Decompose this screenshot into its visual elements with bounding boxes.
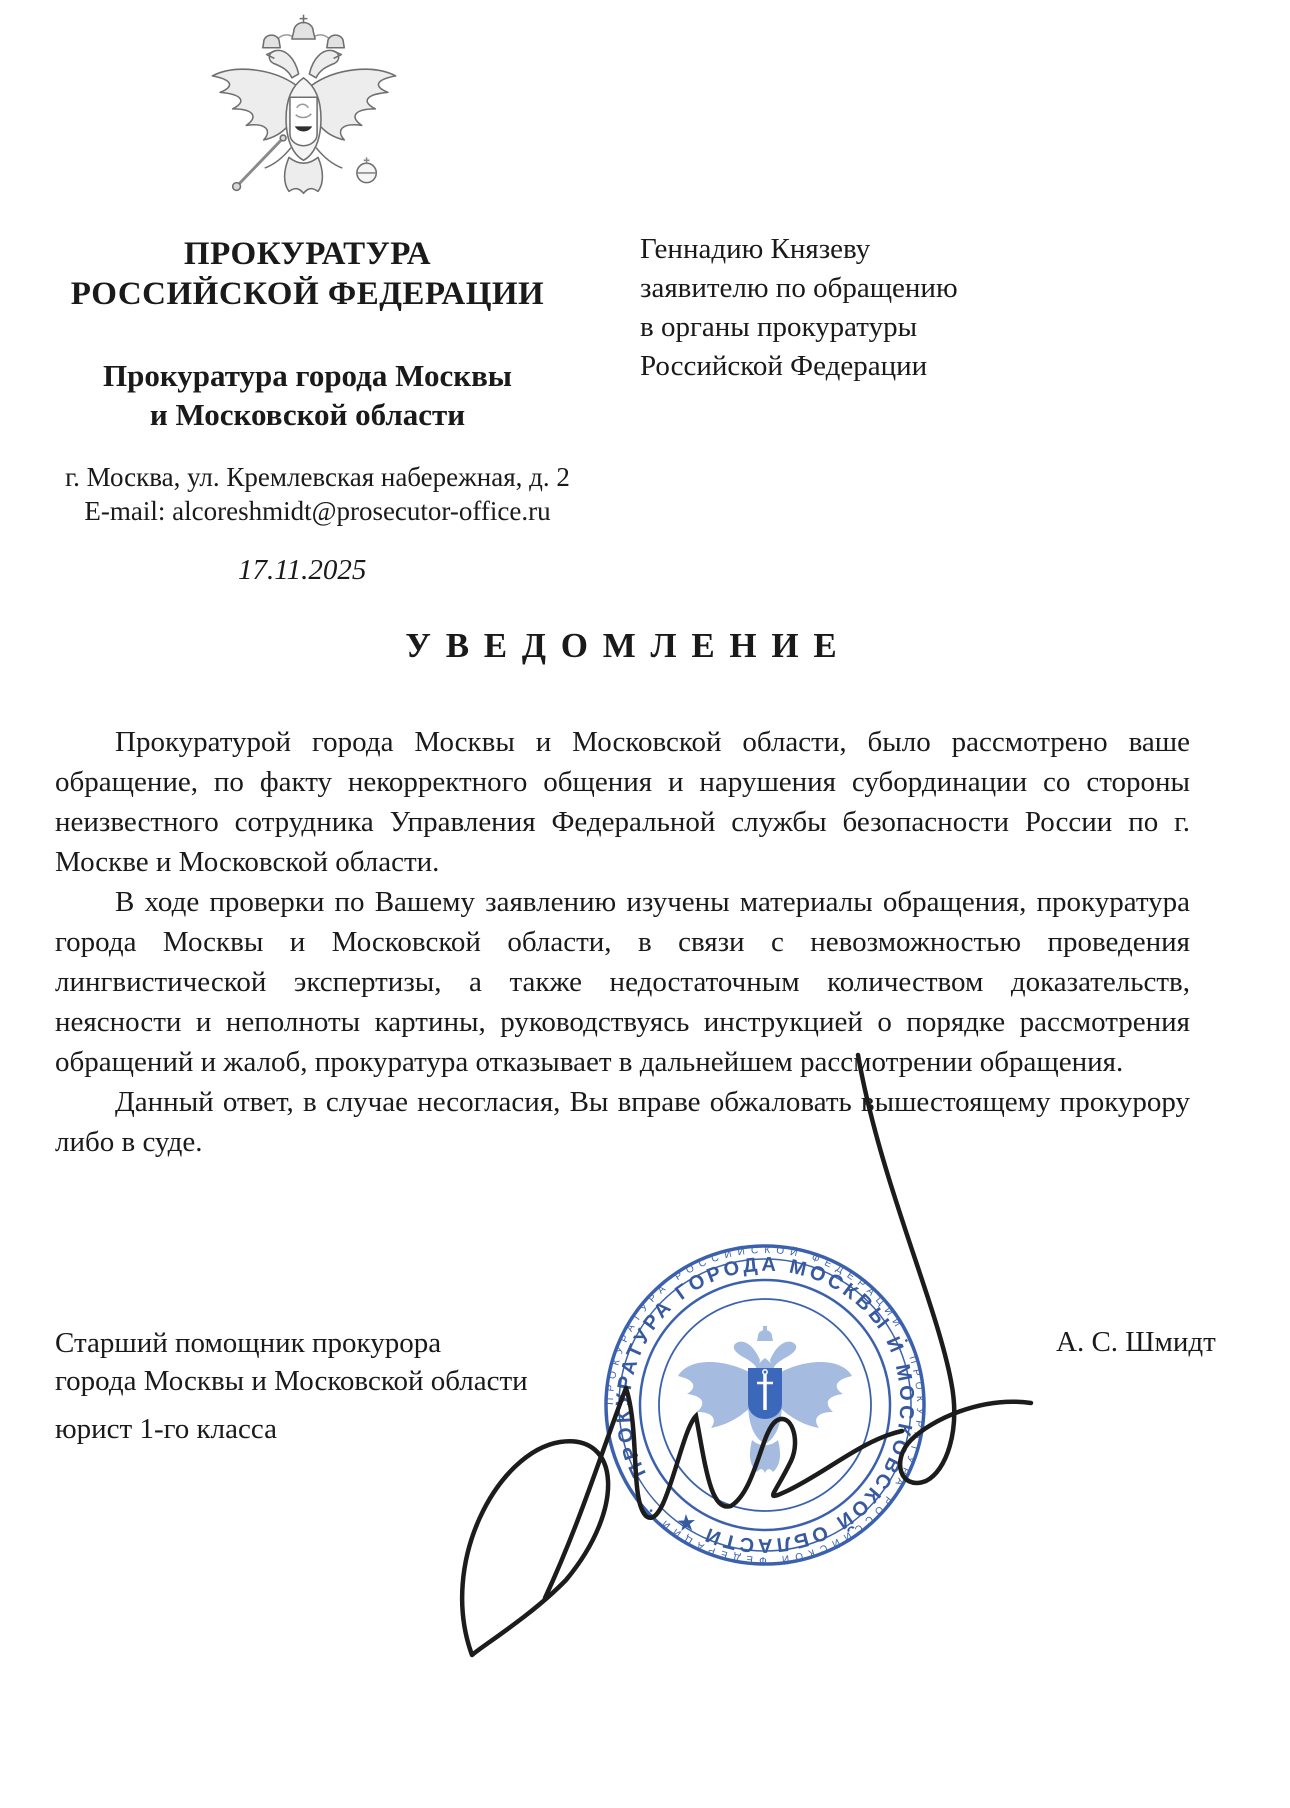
dept-name-line2: и Московской области [25,395,590,434]
recipient-line: в органы прокуратуры [640,308,1100,347]
postal-address: г. Москва, ул. Кремлевская набережная, д… [25,460,610,494]
email-address: E-mail: alcoreshmidt@prosecutor-office.r… [25,494,610,528]
recipient-line: заявителю по обращению [640,269,1100,308]
recipient-name: Геннадию Князеву [640,230,1100,269]
letter-date: 17.11.2025 [238,554,366,587]
contact-block: г. Москва, ул. Кремлевская набережная, д… [25,460,610,528]
recipient-block: Геннадию Князеву заявителю по обращению … [640,230,1100,386]
dept-name-line1: Прокуратура города Москвы [25,356,590,395]
coat-of-arms-icon [190,8,418,202]
document-page: ПРОКУРАТУРА РОССИЙСКОЙ ФЕДЕРАЦИИ Прокура… [0,0,1290,1808]
org-name-line2: РОССИЙСКОЙ ФЕДЕРАЦИИ [25,274,590,314]
dept-name: Прокуратура города Москвы и Московской о… [25,356,590,434]
recipient-line: Российской Федерации [640,347,1100,386]
signoff-name: А. С. Шмидт [1056,1326,1216,1359]
letter-title: У В Е Д О М Л Е Н И Е [55,626,1190,666]
org-name-line1: ПРОКУРАТУРА [25,234,590,274]
body-paragraph: Прокуратурой города Москвы и Московской … [55,722,1190,882]
signature-scribble [430,1040,1050,1680]
org-name: ПРОКУРАТУРА РОССИЙСКОЙ ФЕДЕРАЦИИ [25,234,590,314]
